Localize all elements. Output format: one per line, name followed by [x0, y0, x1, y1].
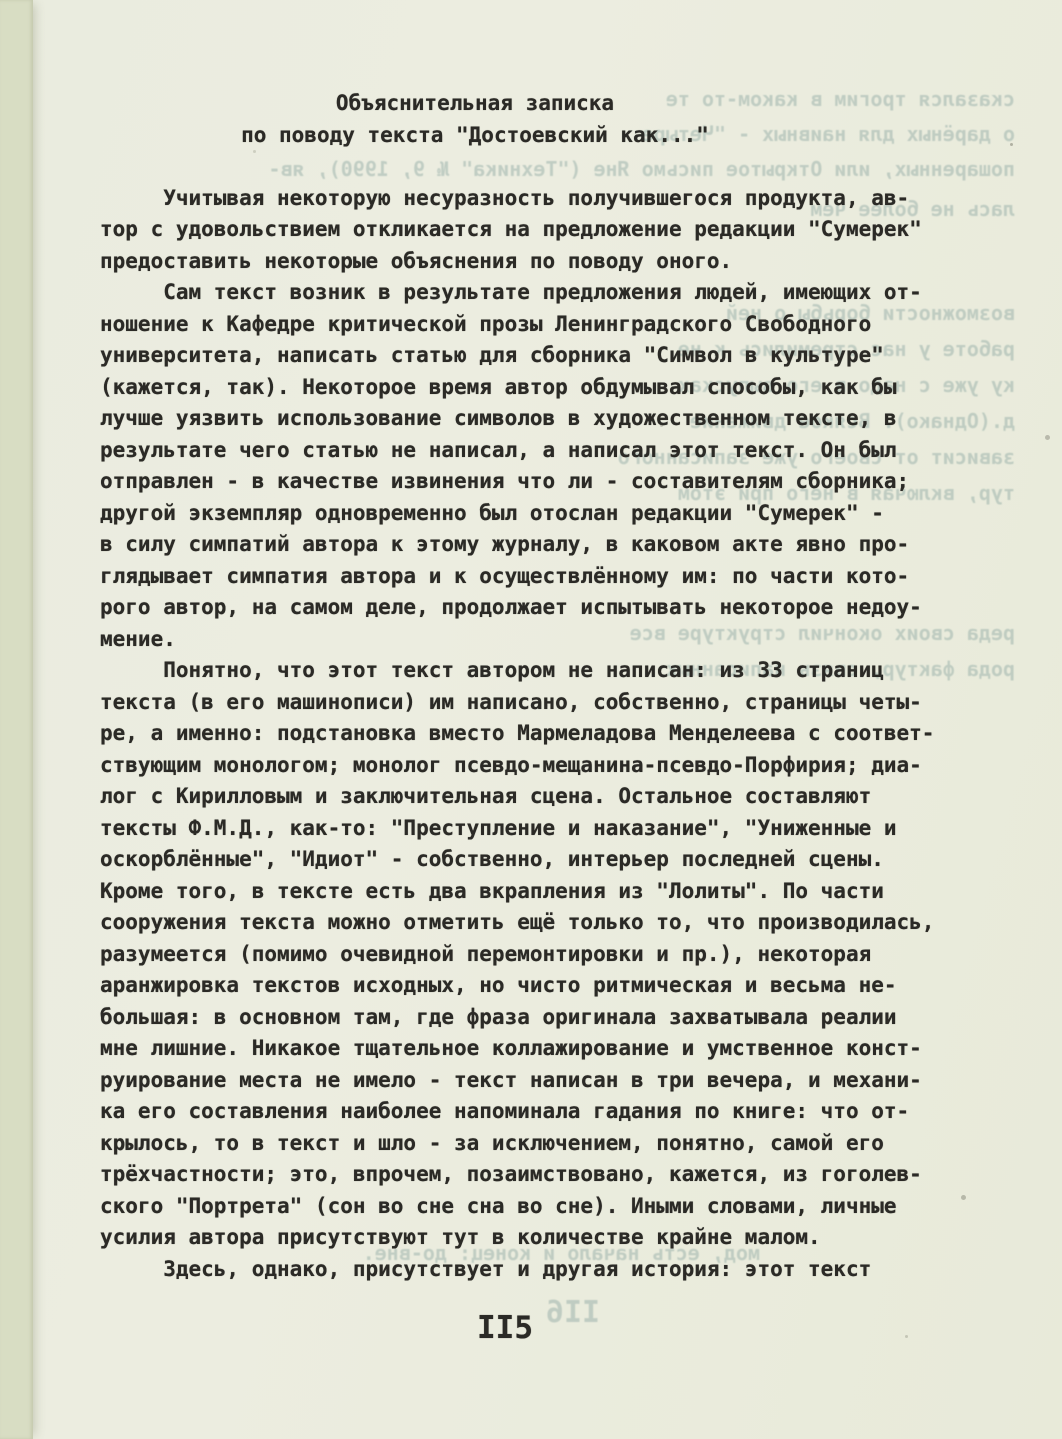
page-number: II5: [100, 1310, 910, 1346]
paragraph-2-line-7: отправлен - в качестве извинения что ли …: [100, 466, 950, 498]
blank-line: [100, 151, 950, 183]
paragraph-3-line-4: ствующим монологом; монолог псевдо-мещан…: [100, 750, 950, 782]
paragraph-3-line-12: большая: в основном там, где фраза ориги…: [100, 1002, 950, 1034]
paragraph-2-line-5: лучше уязвить использование символов в х…: [100, 403, 950, 435]
title-line-2: по поводу текста "Достоевский как...": [100, 120, 850, 152]
paragraph-3-line-18: ского "Портрета" (сон во сне сна во сне)…: [100, 1191, 950, 1223]
paragraph-3-line-13: мне лишние. Никакое тщательное коллажиро…: [100, 1033, 950, 1065]
paragraph-1-line-2: тор с удовольствием откликается на предл…: [100, 214, 950, 246]
paragraph-2-line-10: глядывает симпатия автора и к осуществлё…: [100, 561, 950, 593]
paragraph-2-line-1: Сам текст возник в результате предложени…: [100, 277, 950, 309]
paragraph-2-line-8: другой экземпляр одновременно был отосла…: [100, 498, 950, 530]
scan-specks: [0, 0, 3, 3]
paragraph-3-line-16: крылось, то в текст и шло - за исключени…: [100, 1128, 950, 1160]
paragraph-3-line-19: усилия автора присутствуют тут в количес…: [100, 1222, 950, 1254]
paragraph-3-line-6: тексты Ф.М.Д., как-то: "Преступление и н…: [100, 813, 950, 845]
paragraph-2-line-12: мение.: [100, 624, 950, 656]
paragraph-1-line-1: Учитывая некоторую несуразность получивш…: [100, 183, 950, 215]
paragraph-4-line-1: Здесь, однако, присутствует и другая ист…: [100, 1254, 950, 1286]
scan-edge-strip: [0, 0, 33, 1439]
paragraph-3-line-3: ре, а именно: подстановка вместо Мармела…: [100, 718, 950, 750]
paragraph-2-line-9: в силу симпатий автора к этому журналу, …: [100, 529, 950, 561]
paragraph-2-line-11: рого автор, на самом деле, продолжает ис…: [100, 592, 950, 624]
typed-text: Объяснительная запискапо поводу текста "…: [100, 88, 950, 1285]
paragraph-3-line-5: лог с Кирилловым и заключительная сцена.…: [100, 781, 950, 813]
paragraph-3-line-7: оскорблённые", "Идиот" - собственно, инт…: [100, 844, 950, 876]
paragraph-3-line-1: Понятно, что этот текст автором не напис…: [100, 655, 950, 687]
paragraph-3-line-8: Кроме того, в тексте есть два вкрапления…: [100, 876, 950, 908]
paragraph-3-line-15: ка его составления наиболее напоминала г…: [100, 1096, 950, 1128]
paragraph-3-line-2: текста (в его машинописи) им написано, с…: [100, 687, 950, 719]
paragraph-3-line-14: руирование места не имело - текст написа…: [100, 1065, 950, 1097]
paragraph-3-line-17: трёхчастности; это, впрочем, позаимствов…: [100, 1159, 950, 1191]
paragraph-3-line-9: сооружения текста можно отметить ещё тол…: [100, 907, 950, 939]
paragraph-1-line-3: предоставить некоторые объяснения по пов…: [100, 246, 950, 278]
paragraph-2-line-6: результате чего статью не написал, а нап…: [100, 435, 950, 467]
paragraph-2-line-4: (кажется, так). Некоторое время автор об…: [100, 372, 950, 404]
paragraph-2-line-2: ношение к Кафедре критической прозы Лени…: [100, 309, 950, 341]
paragraph-3-line-10: разумеется (помимо очевидной перемонтиро…: [100, 939, 950, 971]
paragraph-2-line-3: университета, написать статью для сборни…: [100, 340, 950, 372]
title-line-1: Объяснительная записка: [100, 88, 850, 120]
paragraph-3-line-11: аранжировка текстов исходных, но чисто р…: [100, 970, 950, 1002]
